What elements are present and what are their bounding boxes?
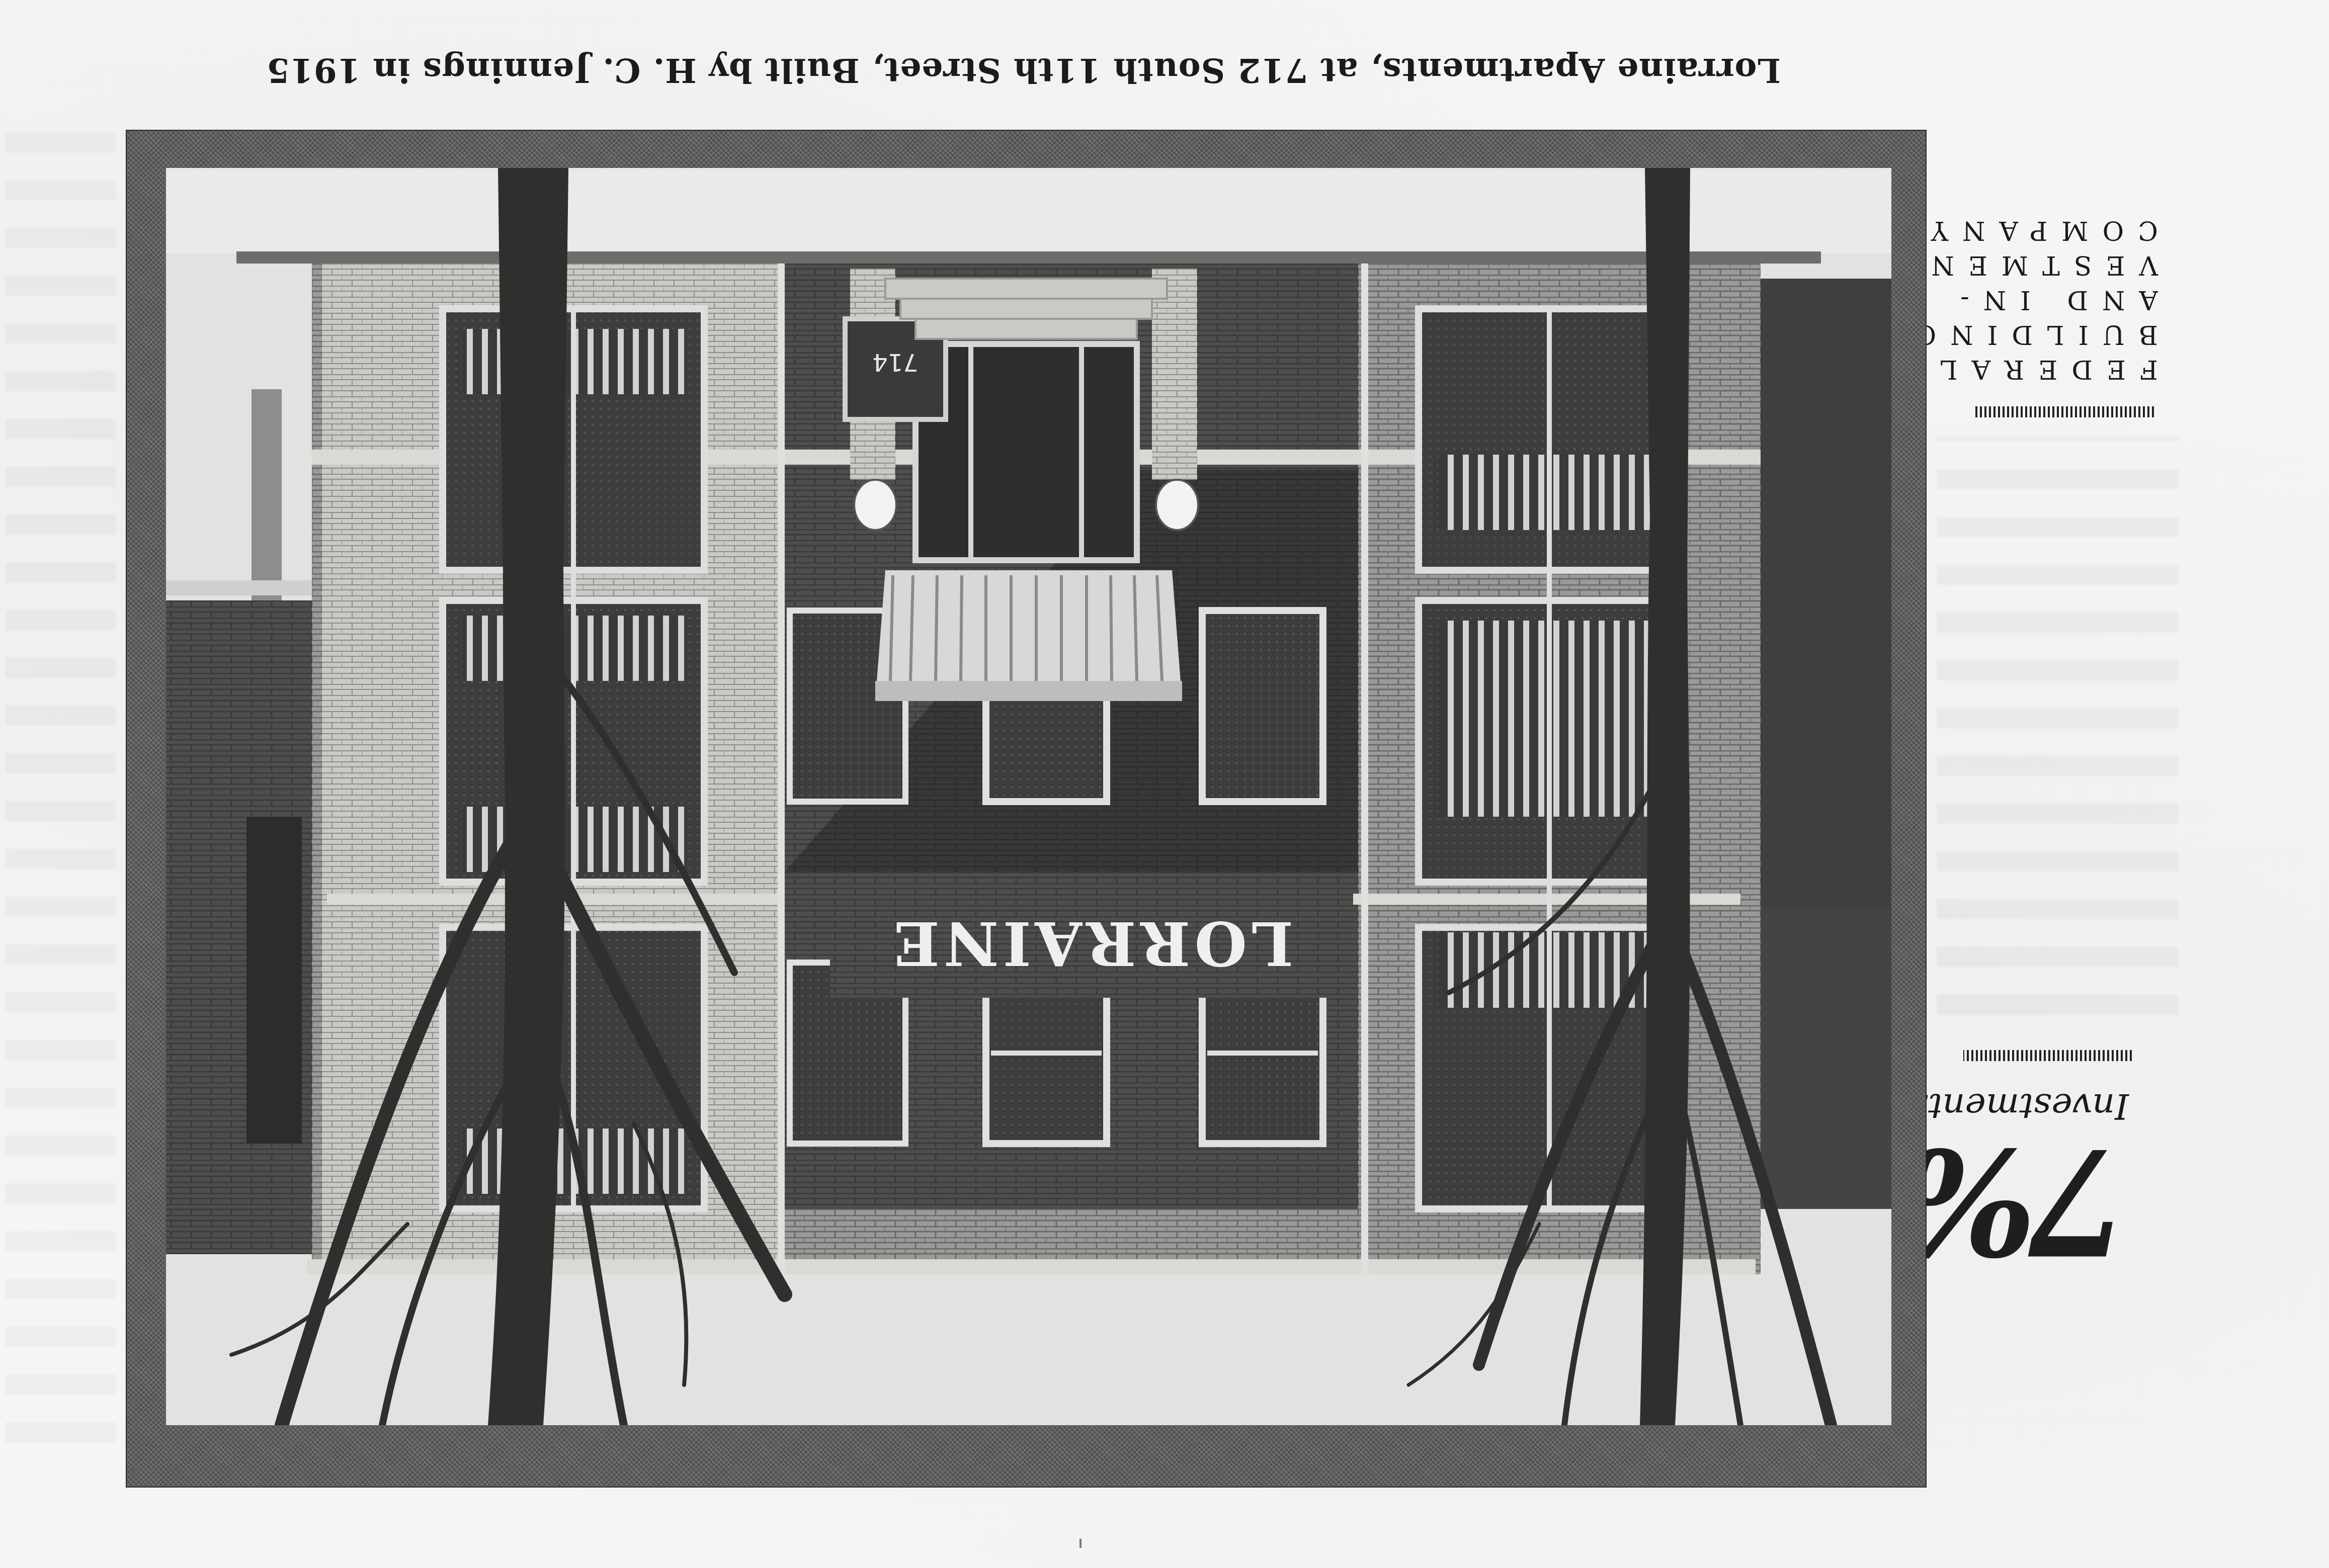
photo-frame: LORRAINE (126, 130, 1927, 1488)
lamp-right (854, 480, 896, 530)
dotted-rule (1963, 1050, 2132, 1061)
building-photo: LORRAINE (166, 168, 1891, 1425)
company-line: FEDERAL (1967, 352, 2158, 386)
company-line: AND IN- (1967, 282, 2158, 317)
company-line: VESTMENT (1967, 247, 2158, 282)
bleed-through-text (1937, 437, 2178, 1015)
dotted-rule (1975, 406, 2154, 417)
print-mark (1079, 1539, 1082, 1548)
bleed-through-text-edge (5, 110, 116, 1442)
lorraine-sign: LORRAINE (830, 892, 1353, 998)
company-line: COMPANY (1967, 213, 2158, 247)
lorraine-sign-text: LORRAINE (890, 908, 1294, 979)
lamp-left (1156, 480, 1198, 530)
company-name: FEDERAL BUILDING AND IN- VESTMENT COMPAN… (1967, 213, 2158, 386)
door-number-text: 714 (872, 348, 919, 376)
building-illustration: LORRAINE (166, 168, 1891, 1425)
rate-figure: 7% (1977, 1120, 2128, 1281)
company-line: BUILDING (1967, 317, 2158, 352)
investments-heading: Investments (1958, 1087, 2129, 1125)
photo-caption: Lorraine Apartments, at 712 South 11th S… (272, 50, 1781, 91)
entrance-awning (875, 570, 1182, 701)
scanned-page: 7% Investments FEDERAL BUILDING AND IN- … (0, 0, 2329, 1568)
windows-left-wing (1419, 309, 1680, 1209)
